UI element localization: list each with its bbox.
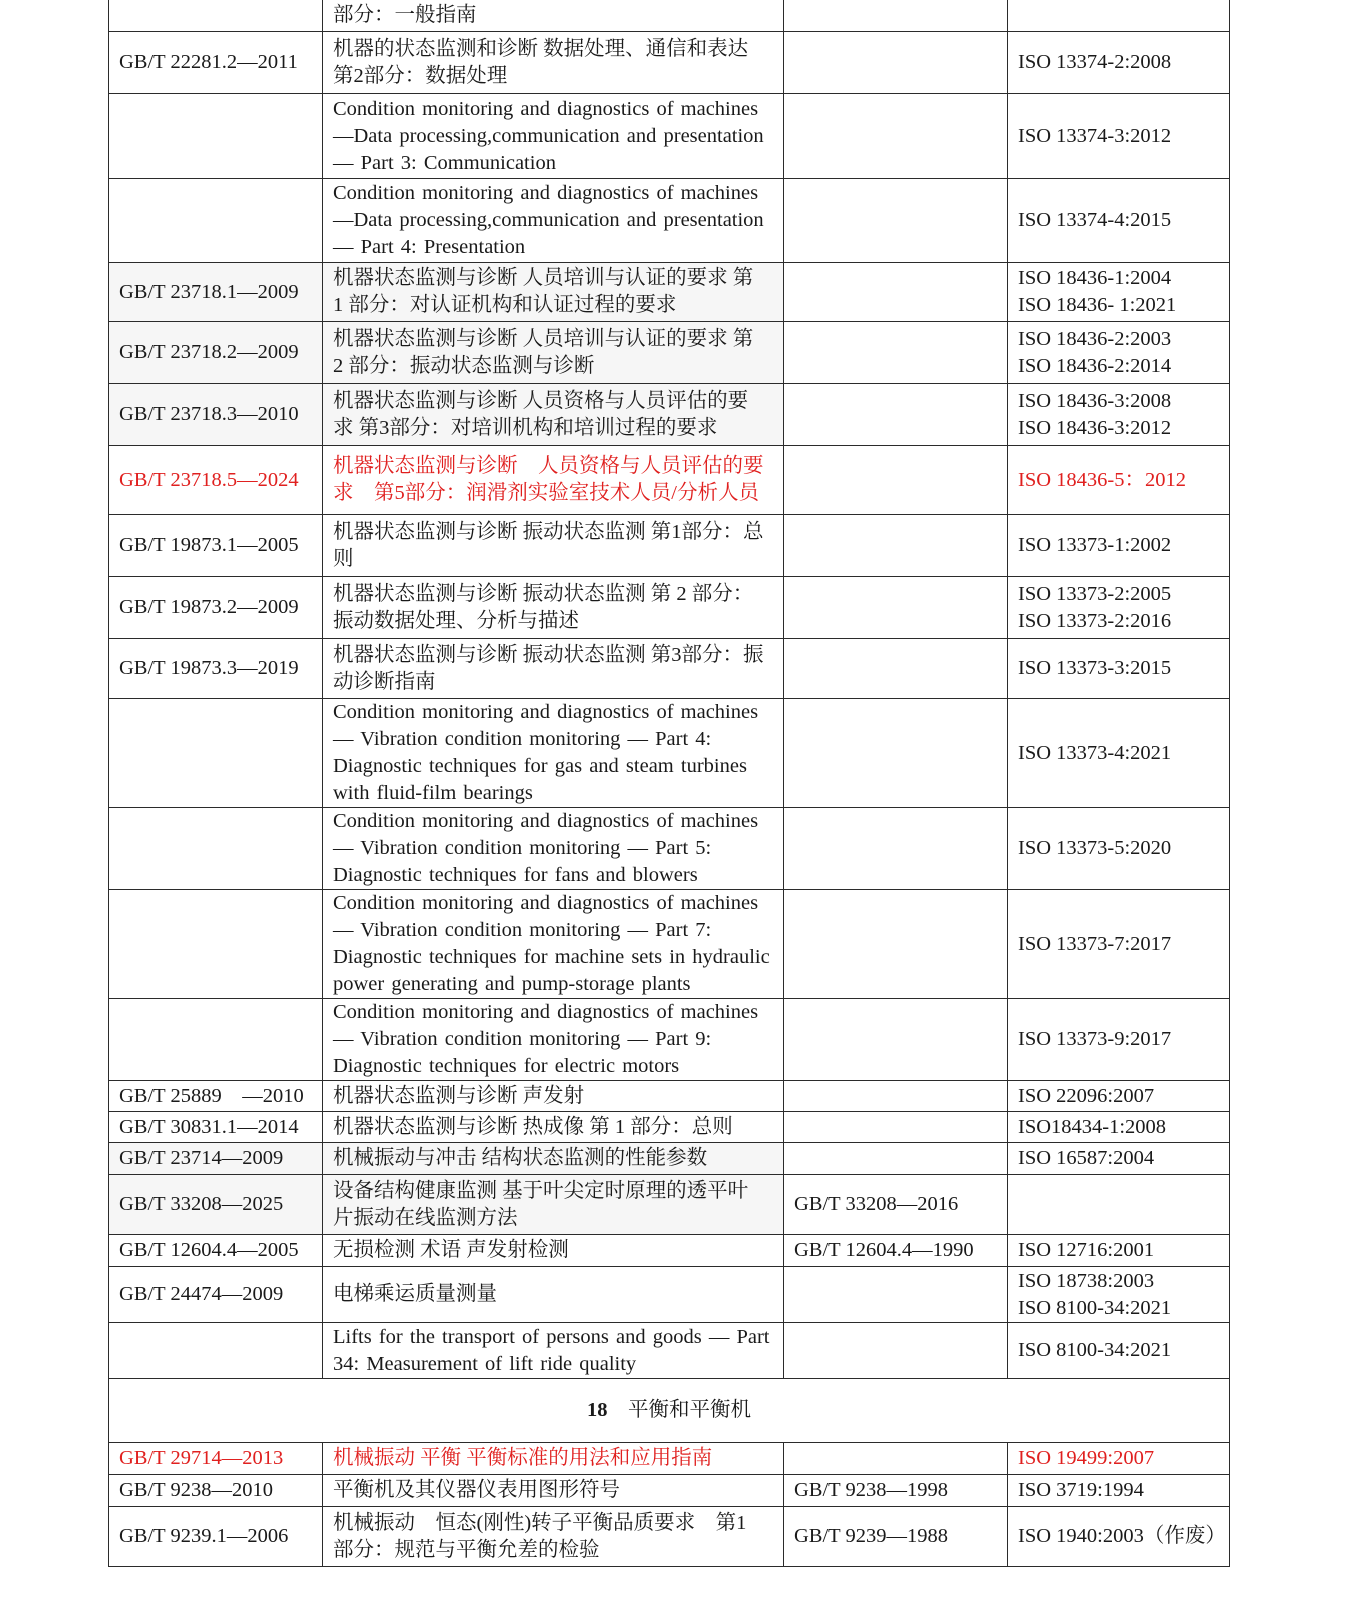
standard-title-line: 机器状态监测与诊断 振动状态监测 第 2 部分：: [333, 581, 773, 608]
replaced-standard: GB/T 9238—1998: [784, 1475, 1008, 1507]
standard-title: Condition monitoring and diagnostics of …: [323, 890, 784, 999]
iso-standard: ISO 1940:2003（作废）: [1008, 1507, 1230, 1567]
replaced-standard: [784, 999, 1008, 1081]
standard-title-line: 则: [333, 546, 773, 573]
replaced-standard: [784, 1143, 1008, 1175]
standard-title-line: power generating and pump-storage plants: [333, 971, 773, 998]
table-row: GB/T 19873.1—2005机器状态监测与诊断 振动状态监测 第1部分：总…: [109, 515, 1230, 577]
table-row: GB/T 23718.3—2010机器状态监测与诊断 人员资格与人员评估的要求 …: [109, 384, 1230, 446]
iso-standard: ISO 16587:2004: [1008, 1143, 1230, 1175]
standard-title-line: 机器状态监测与诊断 人员资格与人员评估的要: [333, 453, 773, 480]
table-row: GB/T 33208—2025设备结构健康监测 基于叶尖定时原理的透平叶片振动在…: [109, 1175, 1230, 1235]
standard-number: [109, 699, 323, 808]
table-row: GB/T 29714—2013机械振动 平衡 平衡标准的用法和应用指南ISO 1…: [109, 1443, 1230, 1475]
iso-standard-line: ISO 18436-3:2008: [1018, 388, 1219, 415]
iso-standard-line: ISO 8100-34:2021: [1018, 1337, 1219, 1364]
standard-title: 机械振动与冲击 结构状态监测的性能参数: [323, 1143, 784, 1175]
standard-title: 机器状态监测与诊断 人员资格与人员评估的要求 第3部分：对培训机构和培训过程的要…: [323, 384, 784, 446]
standard-title-line: —Data processing,communication and prese…: [333, 123, 773, 150]
replaced-standard: [784, 1267, 1008, 1323]
iso-standard: ISO 22096:2007: [1008, 1081, 1230, 1112]
standard-number: GB/T 25889 —2010: [109, 1081, 323, 1112]
iso-standard-line: ISO 18436-2:2003: [1018, 326, 1219, 353]
standard-title-line: —Data processing,communication and prese…: [333, 207, 773, 234]
table-row: Condition monitoring and diagnostics of …: [109, 699, 1230, 808]
standard-title-line: 求 第3部分：对培训机构和培训过程的要求: [333, 415, 773, 442]
table-row: Condition monitoring and diagnostics of …: [109, 179, 1230, 263]
standard-title-line: Diagnostic techniques for electric motor…: [333, 1053, 773, 1080]
standard-title: 机械振动 恒态(刚性)转子平衡品质要求 第1部分：规范与平衡允差的检验: [323, 1507, 784, 1567]
table-row: Condition monitoring and diagnostics of …: [109, 999, 1230, 1081]
standard-number: [109, 94, 323, 179]
standard-title-line: 部分：一般指南: [333, 2, 773, 29]
standard-title-line: 动诊断指南: [333, 669, 773, 696]
table-row: GB/T 12604.4—2005无损检测 术语 声发射检测GB/T 12604…: [109, 1235, 1230, 1267]
table-row: GB/T 19873.3—2019机器状态监测与诊断 振动状态监测 第3部分：振…: [109, 639, 1230, 699]
standard-title-line: 机械振动与冲击 结构状态监测的性能参数: [333, 1145, 773, 1172]
table-row: GB/T 23714—2009机械振动与冲击 结构状态监测的性能参数ISO 16…: [109, 1143, 1230, 1175]
standard-title-line: 振动数据处理、分析与描述: [333, 608, 773, 635]
standard-number: GB/T 23718.2—2009: [109, 322, 323, 384]
standard-number: [109, 179, 323, 263]
table-row: GB/T 25889 —2010机器状态监测与诊断 声发射ISO 22096:2…: [109, 1081, 1230, 1112]
standard-title: 无损检测 术语 声发射检测: [323, 1235, 784, 1267]
standard-title-line: Lifts for the transport of persons and g…: [333, 1324, 773, 1351]
standard-title: 机器状态监测与诊断 声发射: [323, 1081, 784, 1112]
standard-number: GB/T 19873.2—2009: [109, 577, 323, 639]
standard-title: 部分：一般指南: [323, 0, 784, 32]
standard-title: 机器状态监测与诊断 振动状态监测 第3部分：振动诊断指南: [323, 639, 784, 699]
table-row: Condition monitoring and diagnostics of …: [109, 808, 1230, 890]
iso-standard-line: ISO 18738:2003: [1018, 1268, 1219, 1295]
standard-title-line: Condition monitoring and diagnostics of …: [333, 890, 773, 917]
replaced-standard: GB/T 12604.4—1990: [784, 1235, 1008, 1267]
table-row: GB/T 23718.2—2009机器状态监测与诊断 人员培训与认证的要求 第2…: [109, 322, 1230, 384]
standards-table-body: 部分：一般指南GB/T 22281.2—2011机器的状态监测和诊断 数据处理、…: [109, 0, 1230, 1567]
standard-title-line: 机器状态监测与诊断 人员培训与认证的要求 第: [333, 265, 773, 292]
standard-title-line: Condition monitoring and diagnostics of …: [333, 699, 773, 726]
standard-number: GB/T 22281.2—2011: [109, 32, 323, 94]
standard-title: 设备结构健康监测 基于叶尖定时原理的透平叶片振动在线监测方法: [323, 1175, 784, 1235]
replaced-standard: [784, 263, 1008, 322]
iso-standard: ISO 18436-1:2004ISO 18436- 1:2021: [1008, 263, 1230, 322]
standard-title-line: — Vibration condition monitoring — Part …: [333, 835, 773, 862]
standard-number: GB/T 33208—2025: [109, 1175, 323, 1235]
standard-number: GB/T 19873.1—2005: [109, 515, 323, 577]
iso-standard: ISO 19499:2007: [1008, 1443, 1230, 1475]
standard-title-line: 无损检测 术语 声发射检测: [333, 1237, 773, 1264]
standard-title: 机器状态监测与诊断 人员培训与认证的要求 第1 部分：对认证机构和认证过程的要求: [323, 263, 784, 322]
standard-title-line: 片振动在线监测方法: [333, 1205, 773, 1232]
standard-number: GB/T 23718.3—2010: [109, 384, 323, 446]
standard-title-line: 机器状态监测与诊断 振动状态监测 第3部分：振: [333, 642, 773, 669]
replaced-standard: [784, 384, 1008, 446]
table-row: GB/T 19873.2—2009机器状态监测与诊断 振动状态监测 第 2 部分…: [109, 577, 1230, 639]
iso-standard-line: ISO 1940:2003（作废）: [1018, 1523, 1219, 1550]
iso-standard-line: ISO 18436-2:2014: [1018, 353, 1219, 380]
section-header-row: 18 平衡和平衡机: [109, 1379, 1230, 1443]
standard-title: Condition monitoring and diagnostics of …: [323, 179, 784, 263]
standard-title: Condition monitoring and diagnostics of …: [323, 999, 784, 1081]
standard-number: GB/T 23718.5—2024: [109, 446, 323, 515]
table-row: GB/T 24474—2009电梯乘运质量测量ISO 18738:2003ISO…: [109, 1267, 1230, 1323]
standard-title-line: — Part 4: Presentation: [333, 234, 773, 261]
standard-number: GB/T 23718.1—2009: [109, 263, 323, 322]
iso-standard-line: ISO 13373-1:2002: [1018, 532, 1219, 559]
standard-title: 机器的状态监测和诊断 数据处理、通信和表达第2部分：数据处理: [323, 32, 784, 94]
iso-standard-line: ISO 12716:2001: [1018, 1237, 1219, 1264]
replaced-standard: [784, 94, 1008, 179]
iso-standard: ISO 13373-1:2002: [1008, 515, 1230, 577]
replaced-standard: [784, 32, 1008, 94]
iso-standard: ISO 18436-5：2012: [1008, 446, 1230, 515]
standard-title-line: 第2部分：数据处理: [333, 63, 773, 90]
standard-title-line: — Vibration condition monitoring — Part …: [333, 1026, 773, 1053]
standard-title-line: Condition monitoring and diagnostics of …: [333, 180, 773, 207]
standard-number: GB/T 9239.1—2006: [109, 1507, 323, 1567]
replaced-standard: [784, 322, 1008, 384]
iso-standard-line: ISO 13373-2:2016: [1018, 608, 1219, 635]
iso-standard: ISO 18738:2003ISO 8100-34:2021: [1008, 1267, 1230, 1323]
standard-title-line: 部分：规范与平衡允差的检验: [333, 1537, 773, 1564]
replaced-standard: [784, 1443, 1008, 1475]
standards-table: 部分：一般指南GB/T 22281.2—2011机器的状态监测和诊断 数据处理、…: [108, 0, 1230, 1567]
iso-standard: ISO 18436-3:2008ISO 18436-3:2012: [1008, 384, 1230, 446]
standard-title-line: 机器状态监测与诊断 振动状态监测 第1部分：总: [333, 519, 773, 546]
standard-number: [109, 808, 323, 890]
standard-title: 机器状态监测与诊断 人员培训与认证的要求 第2 部分：振动状态监测与诊断: [323, 322, 784, 384]
standard-number: GB/T 30831.1—2014: [109, 1112, 323, 1143]
replaced-standard: [784, 446, 1008, 515]
spacer: [608, 1399, 629, 1421]
iso-standard: ISO18434-1:2008: [1008, 1112, 1230, 1143]
iso-standard: ISO 3719:1994: [1008, 1475, 1230, 1507]
iso-standard-line: ISO 18436- 1:2021: [1018, 292, 1219, 319]
table-row: Condition monitoring and diagnostics of …: [109, 890, 1230, 999]
standard-title-line: 机器状态监测与诊断 人员资格与人员评估的要: [333, 388, 773, 415]
iso-standard: ISO 8100-34:2021: [1008, 1323, 1230, 1379]
table-row: GB/T 9239.1—2006机械振动 恒态(刚性)转子平衡品质要求 第1部分…: [109, 1507, 1230, 1567]
table-row: Lifts for the transport of persons and g…: [109, 1323, 1230, 1379]
standard-title-line: — Vibration condition monitoring — Part …: [333, 917, 773, 944]
section-heading: 18 平衡和平衡机: [109, 1379, 1230, 1443]
iso-standard: ISO 13373-3:2015: [1008, 639, 1230, 699]
standard-title-line: 求 第5部分：润滑剂实验室技术人员/分析人员: [333, 480, 773, 507]
standard-title: Lifts for the transport of persons and g…: [323, 1323, 784, 1379]
standard-title-line: 机器状态监测与诊断 声发射: [333, 1083, 773, 1110]
table-row: GB/T 23718.5—2024机器状态监测与诊断 人员资格与人员评估的要求 …: [109, 446, 1230, 515]
standard-number: GB/T 19873.3—2019: [109, 639, 323, 699]
iso-standard: ISO 13374-4:2015: [1008, 179, 1230, 263]
standard-title-line: Condition monitoring and diagnostics of …: [333, 999, 773, 1026]
iso-standard-line: ISO 13374-4:2015: [1018, 207, 1219, 234]
iso-standard: ISO 18436-2:2003ISO 18436-2:2014: [1008, 322, 1230, 384]
section-title: 平衡和平衡机: [628, 1399, 751, 1421]
replaced-standard: [784, 515, 1008, 577]
standard-title-line: 机械振动 恒态(刚性)转子平衡品质要求 第1: [333, 1510, 773, 1537]
standard-title-line: Diagnostic techniques for gas and steam …: [333, 753, 773, 780]
replaced-standard: [784, 0, 1008, 32]
replaced-standard: [784, 808, 1008, 890]
iso-standard-line: ISO 18436-5：2012: [1018, 467, 1219, 494]
table-row: GB/T 9238—2010平衡机及其仪器仪表用图形符号GB/T 9238—19…: [109, 1475, 1230, 1507]
standard-title-line: Condition monitoring and diagnostics of …: [333, 808, 773, 835]
table-row: GB/T 23718.1—2009机器状态监测与诊断 人员培训与认证的要求 第1…: [109, 263, 1230, 322]
replaced-standard: [784, 1323, 1008, 1379]
standard-number: [109, 1323, 323, 1379]
standard-title-line: 设备结构健康监测 基于叶尖定时原理的透平叶: [333, 1178, 773, 1205]
iso-standard: [1008, 0, 1230, 32]
standard-title-line: 34: Measurement of lift ride quality: [333, 1351, 773, 1378]
standard-title: 机器状态监测与诊断 热成像 第 1 部分：总则: [323, 1112, 784, 1143]
iso-standard-line: ISO 18436-3:2012: [1018, 415, 1219, 442]
iso-standard: ISO 13373-9:2017: [1008, 999, 1230, 1081]
standard-title-line: 机器状态监测与诊断 人员培训与认证的要求 第: [333, 326, 773, 353]
iso-standard: ISO 13373-4:2021: [1008, 699, 1230, 808]
standard-number: GB/T 9238—2010: [109, 1475, 323, 1507]
iso-standard-line: ISO 13373-2:2005: [1018, 581, 1219, 608]
iso-standard-line: ISO 13373-5:2020: [1018, 835, 1219, 862]
iso-standard-line: ISO 16587:2004: [1018, 1145, 1219, 1172]
standard-number: GB/T 23714—2009: [109, 1143, 323, 1175]
standard-title: Condition monitoring and diagnostics of …: [323, 808, 784, 890]
standard-title-line: 机器状态监测与诊断 热成像 第 1 部分：总则: [333, 1114, 773, 1141]
replaced-standard: [784, 1112, 1008, 1143]
replaced-standard: [784, 639, 1008, 699]
iso-standard: ISO 13374-2:2008: [1008, 32, 1230, 94]
standard-title: 电梯乘运质量测量: [323, 1267, 784, 1323]
iso-standard: ISO 13373-2:2005ISO 13373-2:2016: [1008, 577, 1230, 639]
standard-title-line: 2 部分：振动状态监测与诊断: [333, 353, 773, 380]
standard-number: GB/T 24474—2009: [109, 1267, 323, 1323]
iso-standard-line: ISO 13373-4:2021: [1018, 740, 1219, 767]
standard-title-line: 机械振动 平衡 平衡标准的用法和应用指南: [333, 1445, 773, 1472]
standard-number: [109, 999, 323, 1081]
standard-title: 机械振动 平衡 平衡标准的用法和应用指南: [323, 1443, 784, 1475]
replaced-standard: [784, 699, 1008, 808]
standard-title: Condition monitoring and diagnostics of …: [323, 699, 784, 808]
standard-title-line: with fluid-film bearings: [333, 780, 773, 807]
standard-title: 机器状态监测与诊断 振动状态监测 第1部分：总则: [323, 515, 784, 577]
standard-number: [109, 890, 323, 999]
standard-title: 机器状态监测与诊断 人员资格与人员评估的要求 第5部分：润滑剂实验室技术人员/分…: [323, 446, 784, 515]
iso-standard-line: ISO 13374-3:2012: [1018, 123, 1219, 150]
iso-standard-line: ISO 8100-34:2021: [1018, 1295, 1219, 1322]
replaced-standard: [784, 577, 1008, 639]
standard-title-line: — Part 3: Communication: [333, 150, 773, 177]
table-row: GB/T 22281.2—2011机器的状态监测和诊断 数据处理、通信和表达第2…: [109, 32, 1230, 94]
iso-standard: ISO 12716:2001: [1008, 1235, 1230, 1267]
iso-standard-line: ISO 13374-2:2008: [1018, 49, 1219, 76]
iso-standard-line: ISO 22096:2007: [1018, 1083, 1219, 1110]
standard-title-line: Diagnostic techniques for fans and blowe…: [333, 862, 773, 889]
iso-standard-line: ISO 13373-7:2017: [1018, 931, 1219, 958]
standard-number: GB/T 29714—2013: [109, 1443, 323, 1475]
section-number: 18: [587, 1399, 608, 1421]
standard-title-line: — Vibration condition monitoring — Part …: [333, 726, 773, 753]
standard-title-line: 机器的状态监测和诊断 数据处理、通信和表达: [333, 36, 773, 63]
replaced-standard: [784, 890, 1008, 999]
iso-standard: ISO 13374-3:2012: [1008, 94, 1230, 179]
replaced-standard: GB/T 9239—1988: [784, 1507, 1008, 1567]
replaced-standard: GB/T 33208—2016: [784, 1175, 1008, 1235]
iso-standard: [1008, 1175, 1230, 1235]
standard-title-line: 电梯乘运质量测量: [333, 1281, 773, 1308]
standard-title: 机器状态监测与诊断 振动状态监测 第 2 部分：振动数据处理、分析与描述: [323, 577, 784, 639]
standard-title-line: Diagnostic techniques for machine sets i…: [333, 944, 773, 971]
standard-number: [109, 0, 323, 32]
iso-standard-line: ISO18434-1:2008: [1018, 1114, 1219, 1141]
iso-standard: ISO 13373-7:2017: [1008, 890, 1230, 999]
iso-standard-line: ISO 19499:2007: [1018, 1445, 1219, 1472]
standard-title-line: 1 部分：对认证机构和认证过程的要求: [333, 292, 773, 319]
table-row: Condition monitoring and diagnostics of …: [109, 94, 1230, 179]
iso-standard-line: ISO 3719:1994: [1018, 1477, 1219, 1504]
replaced-standard: [784, 179, 1008, 263]
iso-standard: ISO 13373-5:2020: [1008, 808, 1230, 890]
standard-number: GB/T 12604.4—2005: [109, 1235, 323, 1267]
standard-title: Condition monitoring and diagnostics of …: [323, 94, 784, 179]
table-row: GB/T 30831.1—2014机器状态监测与诊断 热成像 第 1 部分：总则…: [109, 1112, 1230, 1143]
standard-title-line: 平衡机及其仪器仪表用图形符号: [333, 1477, 773, 1504]
iso-standard-line: ISO 18436-1:2004: [1018, 265, 1219, 292]
standard-title-line: Condition monitoring and diagnostics of …: [333, 96, 773, 123]
iso-standard-line: ISO 13373-9:2017: [1018, 1026, 1219, 1053]
iso-standard-line: ISO 13373-3:2015: [1018, 655, 1219, 682]
replaced-standard: [784, 1081, 1008, 1112]
table-row: 部分：一般指南: [109, 0, 1230, 32]
standard-title: 平衡机及其仪器仪表用图形符号: [323, 1475, 784, 1507]
